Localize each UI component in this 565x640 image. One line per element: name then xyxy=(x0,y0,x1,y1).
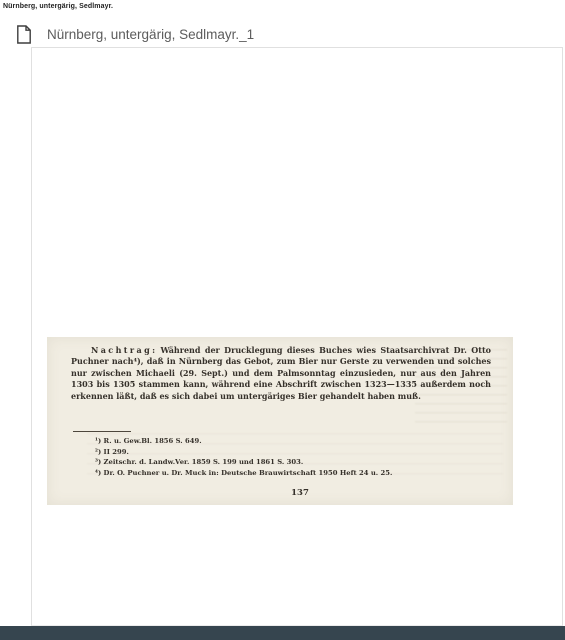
footnote-4: ⁴) Dr. O. Puchner u. Dr. Muck in: Deutsc… xyxy=(95,468,495,479)
page-title[interactable]: Nürnberg, untergärig, Sedlmayr._1 xyxy=(47,27,254,42)
bottom-bar xyxy=(0,626,565,640)
scanned-book-page[interactable]: Nachtrag:Während der Drucklegung dieses … xyxy=(47,337,513,505)
page-caption: Nürnberg, untergärig, Sedlmayr. xyxy=(3,3,113,10)
footnote-1: ¹) R. u. Gew.Bl. 1856 S. 649. xyxy=(95,436,495,447)
footnote-block: ¹) R. u. Gew.Bl. 1856 S. 649. ²) II 299.… xyxy=(95,436,495,478)
scan-paragraph: Nachtrag:Während der Drucklegung dieses … xyxy=(71,345,491,402)
footnote-separator xyxy=(73,431,131,432)
footnote-2: ²) II 299. xyxy=(95,447,495,458)
note-page-view: Nürnberg, untergärig, Sedlmayr. Nürnberg… xyxy=(0,0,565,640)
footnote-3: ³) Zeitschr. d. Landw.Ver. 1859 S. 199 u… xyxy=(95,457,495,468)
page-canvas[interactable]: Nachtrag:Während der Drucklegung dieses … xyxy=(31,47,563,626)
scan-page-number: 137 xyxy=(47,488,513,498)
nachtrag-label: Nachtrag: xyxy=(91,345,157,355)
blank-page-icon xyxy=(16,25,32,44)
